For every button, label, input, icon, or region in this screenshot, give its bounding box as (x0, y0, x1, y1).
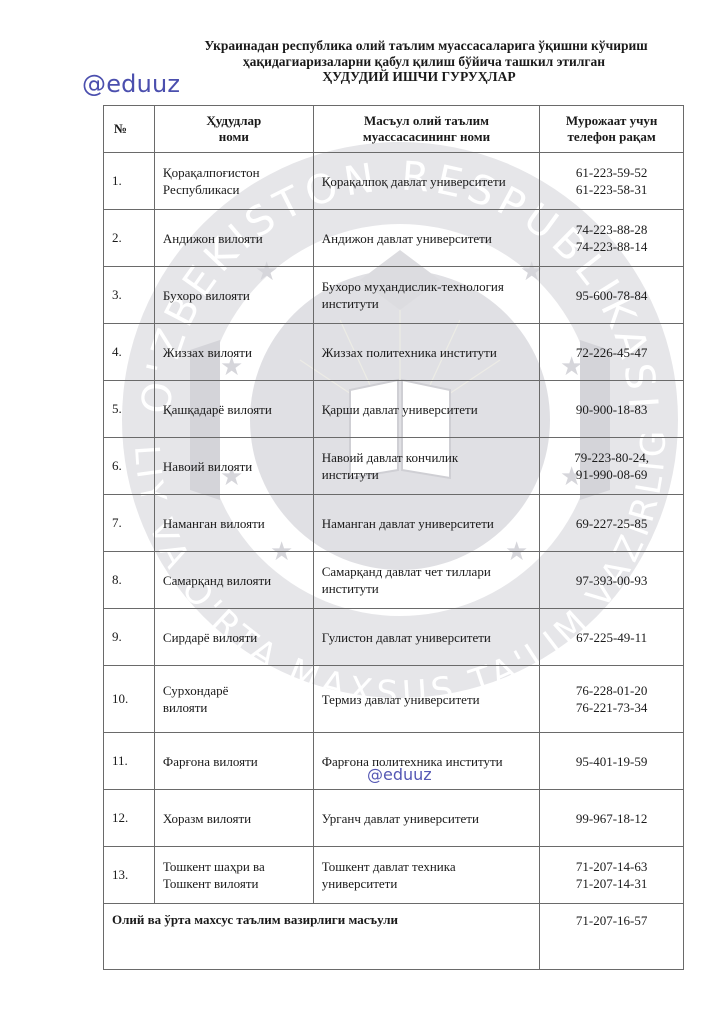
ministry-contact-phone: 71-207-16-57 (540, 904, 684, 970)
region-name: Фарғона вилояти (154, 733, 313, 790)
institution-name: Андижон давлат университети (313, 210, 540, 267)
region-name: Сурхондарёвилояти (154, 666, 313, 733)
header-institution: Масъул олий таълим муассасасининг номи (313, 106, 540, 153)
region-name: Наманган вилояти (154, 495, 313, 552)
institution-name: Жиззах политехника институти (313, 324, 540, 381)
table-row: 12.Хоразм вилоятиУрганч давлат университ… (104, 790, 684, 847)
table-row: 9.Сирдарё вилоятиГулистон давлат универс… (104, 609, 684, 666)
row-number: 2. (104, 210, 155, 267)
row-number: 1. (104, 153, 155, 210)
region-name: Навоий вилояти (154, 438, 313, 495)
contact-phone: 71-207-14-6371-207-14-31 (540, 847, 684, 904)
row-number: 3. (104, 267, 155, 324)
contact-phone: 79-223-80-24,91-990-08-69 (540, 438, 684, 495)
row-number: 5. (104, 381, 155, 438)
contact-phone: 74-223-88-2874-223-88-14 (540, 210, 684, 267)
contact-phone: 95-401-19-59 (540, 733, 684, 790)
header-region: Ҳудудлар номи (154, 106, 313, 153)
contact-phone: 76-228-01-2076-221-73-34 (540, 666, 684, 733)
table-row: 2.Андижон вилоятиАндижон давлат универси… (104, 210, 684, 267)
region-name: Бухоро вилояти (154, 267, 313, 324)
region-name: ҚорақалпоғистонРеспубликаси (154, 153, 313, 210)
row-number: 9. (104, 609, 155, 666)
table-row: 4.Жиззах вилоятиЖиззах политехника инсти… (104, 324, 684, 381)
contact-phone: 69-227-25-85 (540, 495, 684, 552)
row-number: 4. (104, 324, 155, 381)
row-number: 11. (104, 733, 155, 790)
institution-name: Гулистон давлат университети (313, 609, 540, 666)
row-number: 10. (104, 666, 155, 733)
contact-phone: 61-223-59-5261-223-58-31 (540, 153, 684, 210)
table-row: 7.Наманган вилоятиНаманган давлат универ… (104, 495, 684, 552)
institution-name: Наманган давлат университети (313, 495, 540, 552)
table-footer-row: Олий ва ўрта махсус таълим вазирлиги мас… (104, 904, 684, 970)
contact-phone: 67-225-49-11 (540, 609, 684, 666)
region-name: Жиззах вилояти (154, 324, 313, 381)
contact-phone: 72-226-45-47 (540, 324, 684, 381)
watermark-handle-middle: @eduuz (367, 765, 432, 784)
region-name: Сирдарё вилояти (154, 609, 313, 666)
row-number: 6. (104, 438, 155, 495)
institution-name: Термиз давлат университети (313, 666, 540, 733)
institution-name: Қарши давлат университети (313, 381, 540, 438)
region-name: Самарқанд вилояти (154, 552, 313, 609)
contact-phone: 99-967-18-12 (540, 790, 684, 847)
contact-phone: 90-900-18-83 (540, 381, 684, 438)
institution-name: Урганч давлат университети (313, 790, 540, 847)
table-row: 13.Тошкент шаҳри ваТошкент вилоятиТошкен… (104, 847, 684, 904)
watermark-handle-top: @eduuz (82, 70, 180, 98)
region-name: Андижон вилояти (154, 210, 313, 267)
institution-name: Қорақалпоқ давлат университети (313, 153, 540, 210)
ministry-contact-label: Олий ва ўрта махсус таълим вазирлиги мас… (104, 904, 540, 970)
institution-name: Тошкент давлат техникауниверситети (313, 847, 540, 904)
table-row: 1.ҚорақалпоғистонРеспубликасиҚорақалпоқ … (104, 153, 684, 210)
row-number: 13. (104, 847, 155, 904)
table-row: 8.Самарқанд вилоятиСамарқанд давлат чет … (104, 552, 684, 609)
row-number: 8. (104, 552, 155, 609)
table-row: 3.Бухоро вилоятиБухоро муҳандислик-техно… (104, 267, 684, 324)
region-name: Қашқадарё вилояти (154, 381, 313, 438)
working-groups-table: № Ҳудудлар номи Масъул олий таълим муасс… (103, 105, 684, 970)
title-line-1: Украинадан республика олий таълим муасса… (0, 38, 720, 54)
row-number: 12. (104, 790, 155, 847)
table-header-row: № Ҳудудлар номи Масъул олий таълим муасс… (104, 106, 684, 153)
institution-name: Навоий давлат кончиликинститути (313, 438, 540, 495)
contact-phone: 95-600-78-84 (540, 267, 684, 324)
header-phone: Мурожаат учун телефон рақам (540, 106, 684, 153)
institution-name: Самарқанд давлат чет тиллариинститути (313, 552, 540, 609)
header-number: № (104, 106, 155, 153)
row-number: 7. (104, 495, 155, 552)
table-row: 5.Қашқадарё вилоятиҚарши давлат универси… (104, 381, 684, 438)
contact-phone: 97-393-00-93 (540, 552, 684, 609)
region-name: Хоразм вилояти (154, 790, 313, 847)
institution-name: Бухоро муҳандислик-технологияинститути (313, 267, 540, 324)
title-line-2: ҳақидагиаризаларни қабул қилиш бўйича та… (0, 54, 720, 70)
table-row: 6.Навоий вилоятиНавоий давлат кончиликин… (104, 438, 684, 495)
table-row: 10.СурхондарёвилоятиТермиз давлат универ… (104, 666, 684, 733)
region-name: Тошкент шаҳри ваТошкент вилояти (154, 847, 313, 904)
